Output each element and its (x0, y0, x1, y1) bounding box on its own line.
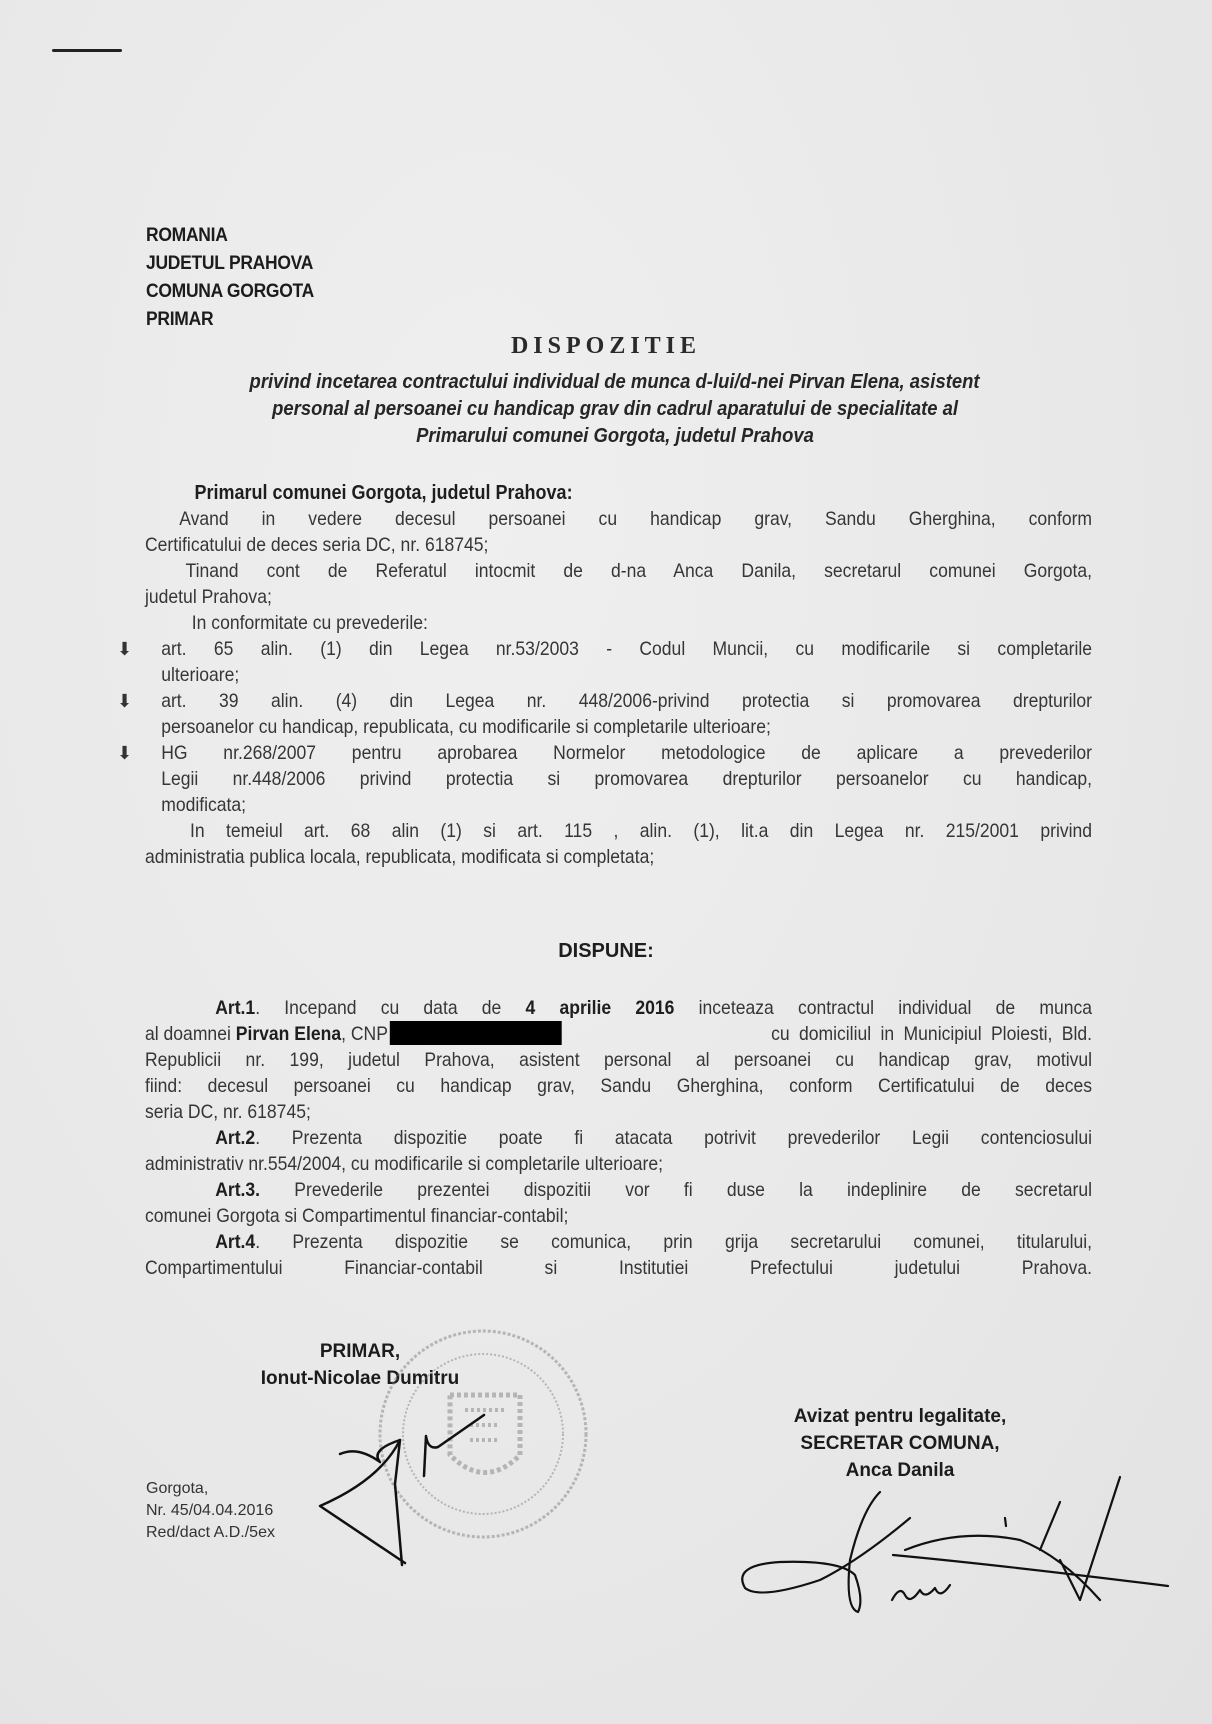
registration-info: Gorgota, Nr. 45/04.04.2016 Red/dact A.D.… (146, 1478, 275, 1544)
employee-name: Pirvan Elena (236, 1023, 341, 1045)
article-text: al doamnei (145, 1023, 236, 1045)
legal-basis-line: In temeiul art. 68 alin (1) si art. 115 … (145, 818, 1092, 844)
document-page: ROMANIA JUDETUL PRAHOVA COMUNA GORGOTA P… (0, 0, 1212, 1724)
header-line: COMUNA GORGOTA (146, 278, 314, 306)
article-label: Art.4 (215, 1231, 255, 1253)
secretary-signature-block: Avizat pentru legalitate, SECRETAR COMUN… (720, 1403, 1080, 1484)
article-label: Art.1 (215, 997, 255, 1019)
article-label: Art.2 (215, 1127, 255, 1149)
legality-note: Avizat pentru legalitate, (720, 1403, 1080, 1430)
legal-ref-text: modificata; (145, 792, 998, 818)
considering-line: Avand in vedere decesul persoanei cu han… (145, 506, 1092, 532)
article-2: Art.2. Prezenta dispozitie poate fi atac… (145, 1125, 1092, 1151)
legal-ref-text: persoanelor cu handicap, republicata, cu… (145, 714, 998, 740)
legal-ref-text: art. 65 alin. (1) din Legea nr.53/2003 -… (145, 636, 1092, 662)
secretary-name: Anca Danila (720, 1457, 1080, 1484)
article-text: al doamnei Pirvan Elena, CNP (145, 1021, 563, 1047)
preamble: Primarul comunei Gorgota, judetul Prahov… (145, 480, 1093, 870)
conformity-intro: In conformitate cu prevederile: (145, 610, 998, 636)
article-text: comunei Gorgota si Compartimentul financ… (145, 1203, 998, 1229)
mayor-signature-icon (320, 1415, 484, 1565)
article-text: administrativ nr.554/2004, cu modificari… (145, 1151, 998, 1177)
article-text: fiind: decesul persoanei cu handicap gra… (145, 1073, 1092, 1099)
legal-ref-text: HG nr.268/2007 pentru aprobarea Normelor… (145, 740, 1092, 766)
registration-number: Nr. 45/04.04.2016 (146, 1500, 275, 1522)
article-4: Art.4. Prezenta dispozitie se comunica, … (145, 1229, 1092, 1255)
subtitle-line: personal al persoanei cu handicap grav d… (272, 395, 958, 422)
legal-ref-text: art. 39 alin. (4) din Legea nr. 448/2006… (145, 688, 1092, 714)
considering-line: judetul Prahova; (145, 584, 998, 610)
subtitle-line: privind incetarea contractului individua… (250, 368, 980, 395)
place: Gorgota, (146, 1478, 275, 1500)
issuer-line: Primarul comunei Gorgota, judetul Prahov… (145, 480, 998, 506)
legal-ref-text: ulterioare; (145, 662, 998, 688)
legal-ref-item: ⬇ art. 65 alin. (1) din Legea nr.53/2003… (145, 636, 1093, 688)
legal-ref-text: Legii nr.448/2006 privind protectia si p… (145, 766, 1092, 792)
article-text: . Prezenta dispozitie se comunica, prin … (255, 1231, 1092, 1253)
mayor-title: PRIMAR, (200, 1338, 520, 1365)
legal-basis-line: administratia publica locala, republicat… (145, 844, 998, 870)
considering-line: Certificatului de deces seria DC, nr. 61… (145, 532, 998, 558)
mayor-name: Ionut-Nicolae Dumitru (200, 1365, 520, 1392)
effective-date: 4 aprilie 2016 (526, 997, 675, 1019)
legal-ref-item: ⬇ HG nr.268/2007 pentru aprobarea Normel… (145, 740, 1093, 818)
document-subtitle: privind incetarea contractului individua… (150, 368, 1080, 449)
article-text: Compartimentului Financiar-contabil si I… (145, 1255, 1092, 1281)
article-text: . Prezenta dispozitie poate fi atacata p… (255, 1127, 1092, 1149)
article-text: Prevederile prezentei dispozitii vor fi … (260, 1179, 1092, 1201)
document-title: DISPOZITIE (0, 333, 1212, 360)
article-text: . Incepand cu data de (255, 997, 525, 1019)
header-line: PRIMAR (146, 306, 314, 334)
article-1: Art.1. Incepand cu data de 4 aprilie 201… (145, 995, 1092, 1021)
article-text: seria DC, nr. 618745; (145, 1099, 998, 1125)
header-line: ROMANIA (146, 222, 314, 250)
redacted-cnp (390, 1021, 562, 1045)
dispune-heading: DISPUNE: (0, 940, 1212, 963)
header-line: JUDETUL PRAHOVA (146, 250, 314, 278)
article-label: Art.3. (215, 1179, 260, 1201)
article-text: , CNP (341, 1023, 388, 1045)
issuer-header: ROMANIA JUDETUL PRAHOVA COMUNA GORGOTA P… (146, 222, 329, 334)
article-text: cu domiciliul in Municipiul Ploiesti, Bl… (771, 1021, 1092, 1047)
article-text: Republicii nr. 199, judetul Prahova, asi… (145, 1047, 1092, 1073)
article-text: inceteaza contractul individual de munca (674, 997, 1092, 1019)
articles: Art.1. Incepand cu data de 4 aprilie 201… (145, 995, 1093, 1281)
article-1-line-2: al doamnei Pirvan Elena, CNP cu domicili… (145, 1021, 1092, 1047)
arrow-down-bullet-icon: ⬇ (117, 636, 132, 662)
mayor-signature-block: PRIMAR, Ionut-Nicolae Dumitru (200, 1338, 520, 1392)
secretary-title: SECRETAR COMUNA, (720, 1430, 1080, 1457)
punch-mark (52, 49, 122, 52)
arrow-down-bullet-icon: ⬇ (117, 740, 132, 766)
legal-ref-item: ⬇ art. 39 alin. (4) din Legea nr. 448/20… (145, 688, 1093, 740)
secretary-signature-icon (742, 1477, 1168, 1612)
arrow-down-bullet-icon: ⬇ (117, 688, 132, 714)
considering-line: Tinand cont de Referatul intocmit de d-n… (145, 558, 1092, 584)
article-3: Art.3. Prevederile prezentei dispozitii … (145, 1177, 1092, 1203)
subtitle-line: Primarului comunei Gorgota, judetul Prah… (416, 422, 814, 449)
redacted-by: Red/dact A.D./5ex (146, 1522, 275, 1544)
